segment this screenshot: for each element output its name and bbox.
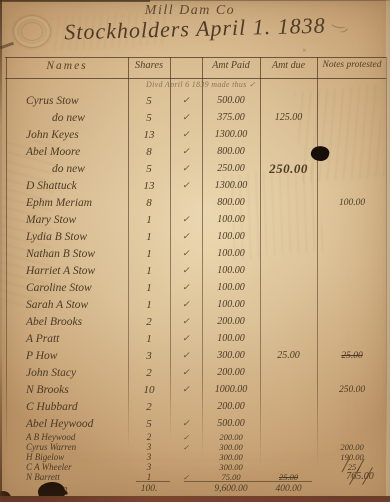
- amount-paid-total: 9,600.00: [202, 484, 260, 494]
- shares-value: 13: [128, 129, 170, 141]
- ledger-row: Abel Heywood5✓500.00: [6, 415, 387, 432]
- shares-value: 1: [128, 333, 170, 345]
- stockholder-name: Ephm Meriam: [6, 197, 128, 209]
- stockholder-name: do new: [6, 163, 128, 175]
- ledger-row: Harriet A Stow1✓100.00: [6, 262, 387, 279]
- shares-value: 5: [128, 95, 170, 107]
- amount-paid-value: 200.00: [202, 432, 260, 442]
- paid-check-mark-icon: ✓: [170, 316, 202, 327]
- ledger-row: N Brooks10✓1000.00250.00: [6, 381, 387, 398]
- stockholder-name: Nathan B Stow: [6, 248, 128, 260]
- paid-check-mark-icon: ✓: [170, 384, 202, 395]
- paid-check-mark-icon: ✓: [170, 231, 202, 242]
- amount-paid-value: 1000.00: [202, 384, 260, 395]
- ledger-row: Cyrus Stow5✓500.00: [6, 92, 387, 109]
- scan-edge: [0, 0, 150, 2]
- paid-check-mark-icon: ✓: [170, 418, 202, 429]
- shares-value: 5: [128, 112, 170, 124]
- shares-value: 2: [128, 316, 170, 328]
- paid-check-mark-icon: ✓: [170, 265, 202, 276]
- amount-paid-value: 100.00: [202, 214, 260, 225]
- paid-check-mark-icon: ✓: [170, 129, 202, 140]
- ledger-row: Caroline Stow1✓100.00: [6, 279, 387, 296]
- ledger-row: P How3✓300.0025.0025.00: [6, 347, 387, 364]
- ledger-row: C Hubbard2200.00: [6, 398, 387, 415]
- amount-paid-value: 200.00: [202, 316, 260, 327]
- paid-check-mark-icon: ✓: [170, 433, 202, 442]
- stockholder-name: Sarah A Stow: [6, 299, 128, 311]
- amount-paid-value: 375.00: [202, 112, 260, 123]
- amount-paid-value: 100.00: [202, 299, 260, 310]
- amount-paid-value: 300.00: [202, 462, 260, 472]
- ledger-row: C A Wheeler3300.0025: [6, 462, 387, 472]
- ledger-row: John Keyes13✓1300.00: [6, 126, 387, 143]
- ledger-row: Abel Moore8✓800.00: [6, 143, 387, 160]
- paid-check-mark-icon: ✓: [170, 112, 202, 123]
- paid-check-mark-icon: ✓: [170, 163, 202, 174]
- amount-paid-value: 100.00: [202, 231, 260, 242]
- shares-value: 3: [128, 350, 170, 362]
- shares-value: 5: [128, 163, 170, 175]
- stockholder-name: N Barrett: [6, 472, 128, 482]
- stockholder-name: John Keyes: [6, 129, 128, 141]
- notes-protested-value: 250.00: [317, 385, 387, 395]
- amount-due-value: 250.00: [260, 161, 317, 177]
- paid-check-mark-icon: ✓: [170, 443, 202, 452]
- amount-paid-value: 300.00: [202, 442, 260, 452]
- shares-value: 3: [128, 462, 170, 472]
- ledger-row: Lydia B Stow1✓100.00: [6, 228, 387, 245]
- ledger-row: A B Heywood2✓200.00: [6, 432, 387, 442]
- stockholder-name: A Pratt: [6, 333, 128, 345]
- stockholder-name: A B Heywood: [6, 432, 128, 442]
- notes-protested-value: 190.00: [317, 452, 387, 462]
- stockholder-name: Caroline Stow: [6, 282, 128, 294]
- paid-check-mark-icon: ✓: [170, 299, 202, 310]
- shares-value: 8: [128, 146, 170, 158]
- stockholder-name: Loring: [6, 484, 128, 495]
- table-header-top-rule: [5, 57, 387, 58]
- shares-value: 3: [128, 452, 170, 462]
- amount-paid-value: 100.00: [202, 333, 260, 344]
- amount-paid-value: 200.00: [202, 367, 260, 378]
- shares-value: 8: [128, 197, 170, 209]
- amount-due-value: 125.00: [260, 112, 317, 123]
- ledger-row: Ephm Meriam8800.00100.00: [6, 194, 387, 211]
- ledger-row: do new5✓375.00125.00: [6, 109, 387, 126]
- column-header-shares: Shares: [128, 60, 170, 71]
- amount-paid-value: 200.00: [202, 401, 260, 412]
- column-header-amt-paid: Amt Paid: [202, 60, 260, 71]
- amount-due-total: 400.00: [260, 484, 317, 494]
- stockholder-name: Abel Moore: [6, 146, 128, 158]
- ledger-row: A Pratt1✓100.00: [6, 330, 387, 347]
- paid-check-mark-icon: ✓: [170, 350, 202, 361]
- stockholder-name: C A Wheeler: [6, 462, 128, 472]
- paid-check-mark-icon: ✓: [170, 214, 202, 225]
- paid-check-mark-icon: ✓: [170, 95, 202, 106]
- scan-edge: [0, 0, 2, 502]
- ledger-rows: Cyrus Stow5✓500.00do new5✓375.00125.00Jo…: [6, 92, 387, 482]
- stockholder-name: Lydia B Stow: [6, 231, 128, 243]
- amount-paid-value: 800.00: [202, 146, 260, 157]
- table-header-bottom-rule: [5, 78, 387, 79]
- amount-due-value: 25.00: [260, 350, 317, 361]
- shares-value: 1: [128, 265, 170, 277]
- stockholder-name: Cyrus Warren: [6, 442, 128, 452]
- amount-paid-value: 1300.00: [202, 180, 260, 191]
- paid-check-mark-icon: ✓: [170, 333, 202, 344]
- column-header-amt-due: Amt due: [260, 60, 317, 71]
- stockholder-name: P How: [6, 350, 128, 362]
- shares-value: 5: [128, 418, 170, 430]
- shares-value: 1: [128, 248, 170, 260]
- sum-rule: [136, 481, 170, 482]
- stockholder-name: Abel Brooks: [6, 316, 128, 328]
- amount-paid-value: 250.00: [202, 163, 260, 174]
- paid-check-mark-icon: ✓: [170, 248, 202, 259]
- amount-paid-value: 100.00: [202, 248, 260, 259]
- ledger-row: John Stacy2✓200.00: [6, 364, 387, 381]
- shares-value: 1: [128, 231, 170, 243]
- notes-protested-value: 100.00: [317, 198, 387, 208]
- shares-value: 1: [128, 299, 170, 311]
- amount-paid-value: 300.00: [202, 350, 260, 361]
- pencil-annotation: Divd April 6 1839 made thus ✓: [146, 80, 346, 89]
- ledger-row: Mary Stow1✓100.00: [6, 211, 387, 228]
- ledger-row: Nathan B Stow1✓100.00: [6, 245, 387, 262]
- column-header-names: Names: [6, 60, 128, 72]
- shares-value: 2: [128, 367, 170, 379]
- stockholder-name: C Hubbard: [6, 401, 128, 413]
- stockholder-name: D Shattuck: [6, 180, 128, 192]
- ledger-row: Sarah A Stow1✓100.00: [6, 296, 387, 313]
- stockholder-name: Cyrus Stow: [6, 95, 128, 107]
- stockholder-name: N Brooks: [6, 384, 128, 396]
- amount-paid-value: 500.00: [202, 418, 260, 429]
- notes-protested-value: 25.00: [317, 351, 387, 361]
- amount-paid-value: 300.00: [202, 452, 260, 462]
- notes-protested-value: 200.00: [317, 442, 387, 452]
- shares-total: 100.: [128, 484, 170, 494]
- shares-value: 1: [128, 282, 170, 294]
- amount-paid-value: 100.00: [202, 265, 260, 276]
- amount-paid-value: 800.00: [202, 197, 260, 208]
- paid-check-mark-icon: ✓: [170, 146, 202, 157]
- stockholder-name: do new: [6, 112, 128, 124]
- ledger-row: Abel Brooks2✓200.00: [6, 313, 387, 330]
- notes-protested-total: 765.00: [332, 471, 388, 482]
- ledger-row: H Bigelow3300.00190.00: [6, 452, 387, 462]
- amount-paid-value: 500.00: [202, 95, 260, 106]
- amount-paid-value: 1300.00: [202, 129, 260, 140]
- paid-check-mark-icon: ✓: [170, 282, 202, 293]
- shares-value: 2: [128, 401, 170, 413]
- stockholder-name: Harriet A Stow: [6, 265, 128, 277]
- scan-edge: [0, 496, 390, 502]
- shares-value: 13: [128, 180, 170, 192]
- paid-check-mark-icon: ✓: [170, 367, 202, 378]
- ledger-row: do new5✓250.00250.00: [6, 160, 387, 177]
- amount-paid-value: 100.00: [202, 282, 260, 293]
- paid-check-mark-icon: ✓: [170, 180, 202, 191]
- scan-edge: [386, 0, 390, 502]
- sum-rule: [184, 481, 312, 482]
- stockholder-name: John Stacy: [6, 367, 128, 379]
- shares-value: 3: [128, 442, 170, 452]
- stockholder-name: Mary Stow: [6, 214, 128, 226]
- column-header-notes-protested: Notes protested: [317, 60, 387, 70]
- shares-value: 1: [128, 214, 170, 226]
- stockholder-name: H Bigelow: [6, 452, 128, 462]
- ledger-row: D Shattuck13✓1300.00: [6, 177, 387, 194]
- stockholder-name: Abel Heywood: [6, 418, 128, 430]
- shares-value: 2: [128, 432, 170, 442]
- shares-value: 10: [128, 384, 170, 396]
- ledger-row: Cyrus Warren3✓300.00200.00: [6, 442, 387, 452]
